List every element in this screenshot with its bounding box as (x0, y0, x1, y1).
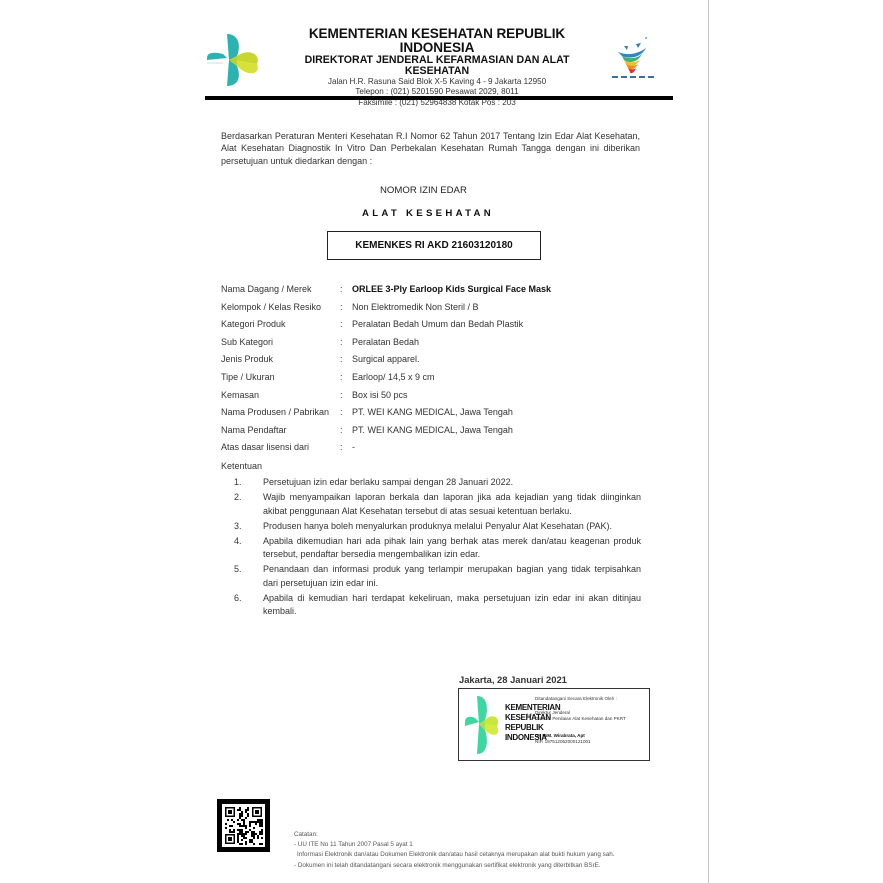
detail-value: Box isi 50 pcs (352, 390, 408, 400)
signer-position-2: Direktur Penilaian Alat Kesehatan dan PK… (535, 716, 647, 722)
detail-colon: : (340, 372, 343, 382)
ketentuan-number: 2. (234, 491, 242, 505)
ministry-title: KEMENTERIAN KESEHATAN REPUBLIK INDONESIA (272, 27, 602, 54)
detail-label: Kemasan (221, 390, 259, 400)
detail-value: ORLEE 3-Ply Earloop Kids Surgical Face M… (352, 284, 551, 294)
detail-colon: : (340, 319, 343, 329)
ketentuan-text: Penandaan dan informasi produk yang terl… (263, 564, 641, 588)
atas-nama: a.n (526, 712, 532, 718)
detail-label: Kategori Produk (221, 319, 286, 329)
ketentuan-item: 4.Apabila dikemudian hari ada pihak lain… (221, 535, 641, 562)
ketentuan-text: Apabila dikemudian hari ada pihak lain y… (263, 536, 641, 560)
letterhead: KEMENTERIAN KESEHATAN REPUBLIK INDONESIA… (272, 27, 602, 107)
detail-colon: : (340, 390, 343, 400)
notes: Catatan: - UU ITE No 11 Tahun 2007 Pasal… (294, 830, 614, 871)
detail-colon: : (340, 425, 343, 435)
signer-nip: NIP. 197512062000121001 (535, 739, 647, 745)
detail-colon: : (340, 442, 343, 452)
directorate-title: DIREKTORAT JENDERAL KEFARMASIAN DAN ALAT… (272, 55, 602, 76)
ketentuan-text: Apabila di kemudian hari terdapat kekeli… (263, 593, 641, 617)
nomor-label-text: NOMOR IZIN EDAR (380, 185, 467, 196)
ketentuan-item: 3.Produsen hanya boleh menyalurkan produ… (221, 520, 641, 534)
letterhead-rule (205, 96, 673, 100)
detail-label: Nama Dagang / Merek (221, 284, 312, 294)
signed-by-label: Ditandatangani Secara Elektronik Oleh : (535, 696, 647, 702)
detail-label: Nama Pendaftar (221, 425, 287, 435)
detail-colon: : (340, 337, 343, 347)
germas-logo-icon (608, 34, 660, 82)
detail-colon: : (340, 302, 343, 312)
detail-label: Jenis Produk (221, 354, 273, 364)
kemenkes-logo-icon (205, 32, 261, 88)
detail-colon: : (340, 284, 343, 294)
detail-label: Kelompok / Kelas Resiko (221, 302, 321, 312)
detail-value: Peralatan Bedah (352, 337, 419, 347)
detail-colon: : (340, 354, 343, 364)
detail-value: - (352, 442, 355, 452)
detail-value: Surgical apparel. (352, 354, 420, 364)
notes-line: - Dokumen ini telah ditandatangani secar… (294, 861, 614, 871)
signer-info: Ditandatangani Secara Elektronik Oleh : … (535, 690, 647, 745)
address: Jalan H.R. Rasuna Said Blok X-5 Kaving 4… (272, 78, 602, 86)
ketentuan-number: 4. (234, 535, 242, 549)
ketentuan-item: 1.Persetujuan izin edar berlaku sampai d… (221, 476, 641, 490)
ketentuan-number: 5. (234, 563, 242, 577)
ketentuan-item: 2.Wajib menyampaikan laporan berkala dan… (221, 491, 641, 518)
signature-place-date: Jakarta, 28 Januari 2021 (459, 674, 567, 685)
intro-paragraph: Berdasarkan Peraturan Menteri Kesehatan … (221, 130, 640, 167)
detail-value: PT. WEI KANG MEDICAL, Jawa Tengah (352, 425, 513, 435)
detail-colon: : (340, 407, 343, 417)
ketentuan-text: Wajib menyampaikan laporan berkala dan l… (263, 492, 641, 516)
detail-label: Atas dasar lisensi dari (221, 442, 309, 452)
notes-line: - UU ITE No 11 Tahun 2007 Pasal 5 ayat 1 (294, 840, 614, 850)
page-edge-divider (708, 0, 709, 883)
qr-code-icon (217, 799, 270, 852)
qr-pattern (222, 804, 265, 847)
ketentuan-number: 3. (234, 520, 242, 534)
detail-value: PT. WEI KANG MEDICAL, Jawa Tengah (352, 407, 513, 417)
ketentuan-text: Persetujuan izin edar berlaku sampai den… (263, 477, 513, 487)
detail-value: Non Elektromedik Non Steril / B (352, 302, 479, 312)
ketentuan-text: Produsen hanya boleh menyalurkan produkn… (263, 521, 612, 531)
ketentuan-title: Ketentuan (221, 461, 262, 471)
registration-number-box: KEMENKES RI AKD 21603120180 (327, 231, 541, 260)
detail-value: Peralatan Bedah Umum dan Bedah Plastik (352, 319, 523, 329)
ketentuan-number: 1. (234, 476, 242, 490)
detail-value: Earloop/ 14,5 x 9 cm (352, 372, 435, 382)
detail-label: Nama Produsen / Pabrikan (221, 407, 329, 417)
detail-label: Tipe / Ukuran (221, 372, 275, 382)
detail-label: Sub Kategori (221, 337, 273, 347)
ketentuan-list: 1.Persetujuan izin edar berlaku sampai d… (221, 476, 641, 620)
category-heading: ALAT KESEHATAN (362, 208, 494, 219)
notes-title: Catatan: (294, 830, 614, 840)
ketentuan-item: 6.Apabila di kemudian hari terdapat keke… (221, 592, 641, 619)
ketentuan-item: 5.Penandaan dan informasi produk yang te… (221, 563, 641, 590)
electronic-signature-box: KEMENTERIAN KESEHATAN REPUBLIK INDONESIA… (458, 688, 650, 761)
ketentuan-number: 6. (234, 592, 242, 606)
notes-line: Informasi Elektronik dan/atau Dokumen El… (294, 850, 614, 860)
registration-number: KEMENKES RI AKD 21603120180 (355, 240, 512, 251)
kemenkes-seal-icon (463, 692, 499, 756)
